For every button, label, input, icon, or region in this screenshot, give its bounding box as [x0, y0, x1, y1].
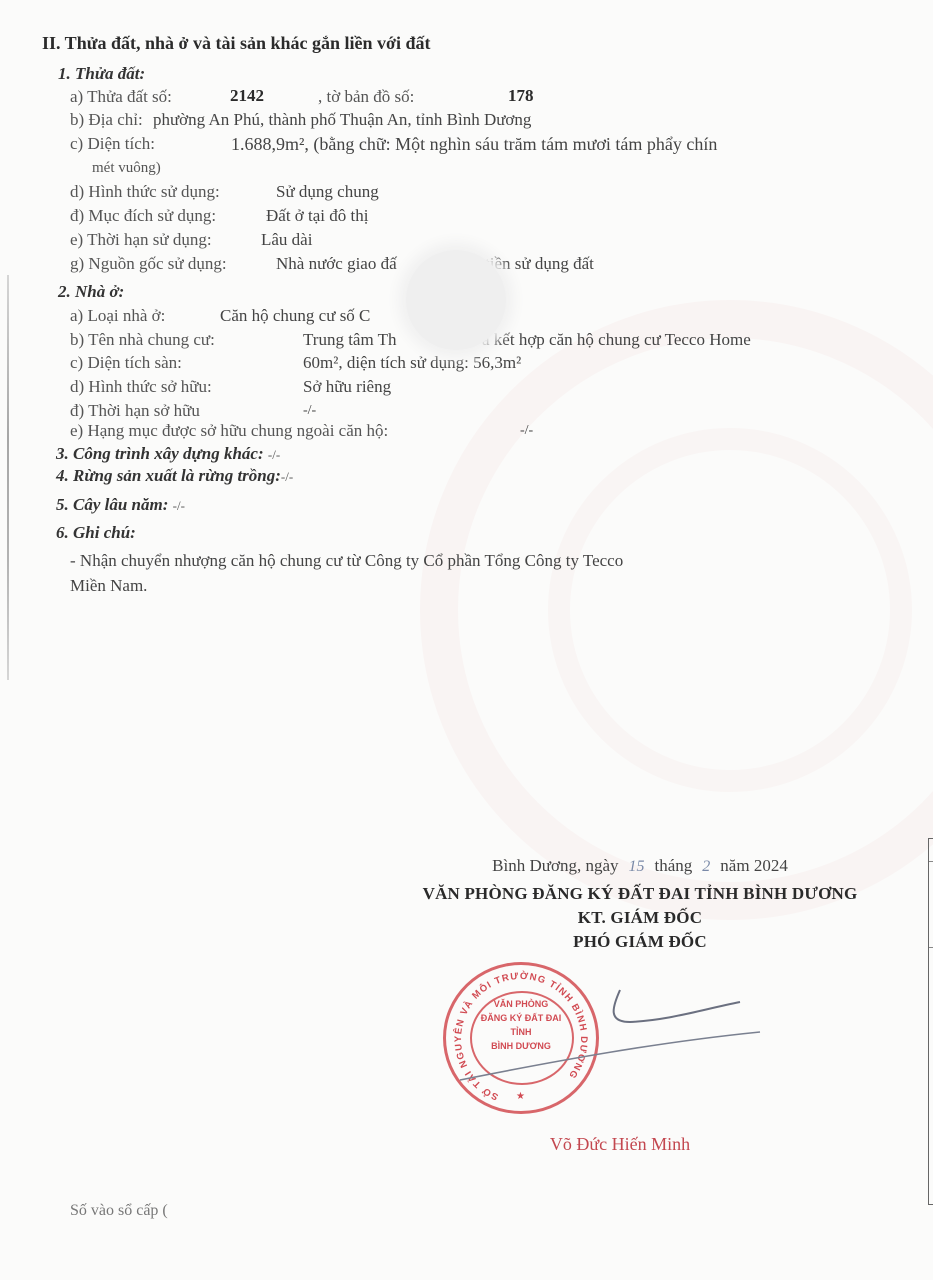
building-label: b) Tên nhà chung cư: [70, 330, 215, 350]
term-label: e) Thời hạn sử dụng: [70, 230, 212, 250]
signer-name: Võ Đức Hiến Minh [340, 1134, 900, 1155]
floor-area-value: 60m², diện tích sử dụng: 56,3m² [303, 353, 521, 373]
other-item-value: -/- [281, 469, 293, 484]
floor-area-label: c) Diện tích sàn: [70, 353, 182, 373]
area-value: 1.688,9m², (bằng chữ: Một nghìn sáu trăm… [231, 134, 717, 154]
common-value: -/- [520, 421, 533, 441]
other-item-3: 3. Công trình xây dựng khác: -/- [56, 444, 280, 465]
address-row: b) Địa chỉ: phường An Phú, thành phố Thu… [70, 110, 531, 130]
address-value: phường An Phú, thành phố Thuận An, tỉnh … [153, 110, 531, 129]
section-title: II. Thửa đất, nhà ở và tài sản khác gắn … [42, 33, 431, 53]
other-item-value: -/- [173, 498, 185, 513]
parcel-label: a) Thửa đất số: [70, 87, 172, 107]
origin-value-start: Nhà nước giao đấ [276, 254, 397, 274]
origin-value-end: tiền sử dụng đất [485, 254, 594, 274]
ownership-term-label: đ) Thời hạn sở hữu [70, 401, 200, 421]
map-sheet-label: , tờ bản đồ số: [318, 87, 414, 107]
signer-position: PHÓ GIÁM ĐỐC [360, 932, 920, 952]
address-label: b) Địa chỉ: [70, 110, 143, 129]
ownership-term-value: -/- [303, 401, 316, 421]
area-value-cont: mét vuông) [92, 158, 161, 178]
building-value-start: Trung tâm Th [303, 330, 397, 350]
ownership-label: d) Hình thức sở hữu: [70, 377, 212, 397]
area-label: c) Diện tích: [70, 134, 155, 154]
signing-year: năm 2024 [720, 856, 788, 875]
land-heading: 1. Thửa đất: [58, 64, 145, 84]
purpose-value: Đất ở tại đô thị [266, 206, 368, 226]
other-item-value: -/- [268, 447, 280, 462]
common-label: e) Hạng mục được sở hữu chung ngoài căn … [70, 421, 388, 441]
signing-month-label: tháng [655, 856, 693, 875]
star-icon: ★ [516, 1091, 525, 1102]
origin-label: g) Nguồn gốc sử dụng: [70, 254, 227, 274]
term-value: Lâu dài [261, 230, 312, 250]
other-item-label: 6. Ghi chú: [56, 523, 136, 542]
issuing-office: VĂN PHÒNG ĐĂNG KÝ ĐẤT ĐAI TỈNH BÌNH DƯƠN… [360, 884, 920, 904]
usage-form-value: Sử dụng chung [276, 182, 379, 202]
signing-month: 2 [702, 858, 710, 875]
signing-day: 15 [629, 858, 645, 875]
watermark-emblem [420, 300, 933, 920]
redaction-blur [406, 250, 506, 350]
purpose-label: đ) Mục đích sử dụng: [70, 206, 216, 226]
right-edge-box [928, 838, 933, 1205]
building-value-end: a kết hợp căn hộ chung cư Tecco Home [482, 330, 751, 350]
other-item-label: 5. Cây lâu năm: [56, 495, 168, 514]
note-line-2: Miền Nam. [70, 576, 147, 596]
other-item-5: 5. Cây lâu năm: -/- [56, 495, 185, 516]
handwritten-signature [440, 970, 780, 1090]
note-line-1: - Nhận chuyển nhượng căn hộ chung cư từ … [70, 551, 623, 571]
ownership-value: Sở hữu riêng [303, 377, 391, 397]
on-behalf-title: KT. GIÁM ĐỐC [360, 908, 920, 928]
house-heading: 2. Nhà ở: [58, 282, 124, 302]
signing-date: Bình Dương, ngày 15 tháng 2 năm 2024 [360, 856, 920, 876]
signing-place: Bình Dương, ngày [492, 856, 618, 875]
other-item-4: 4. Rừng sản xuất là rừng trồng:-/- [56, 466, 293, 487]
map-sheet-number: 178 [508, 86, 534, 106]
other-item-label: 3. Công trình xây dựng khác: [56, 444, 264, 463]
left-edge-rule [7, 275, 9, 680]
certificate-page: II. Thửa đất, nhà ở và tài sản khác gắn … [0, 0, 933, 1280]
other-item-6: 6. Ghi chú: [56, 523, 136, 543]
other-item-label: 4. Rừng sản xuất là rừng trồng: [56, 466, 281, 485]
parcel-number: 2142 [230, 86, 264, 106]
house-type-value: Căn hộ chung cư số C [220, 306, 370, 326]
house-type-label: a) Loại nhà ở: [70, 306, 165, 326]
registry-number-label: Số vào sổ cấp ( [70, 1202, 168, 1220]
usage-form-label: d) Hình thức sử dụng: [70, 182, 220, 202]
